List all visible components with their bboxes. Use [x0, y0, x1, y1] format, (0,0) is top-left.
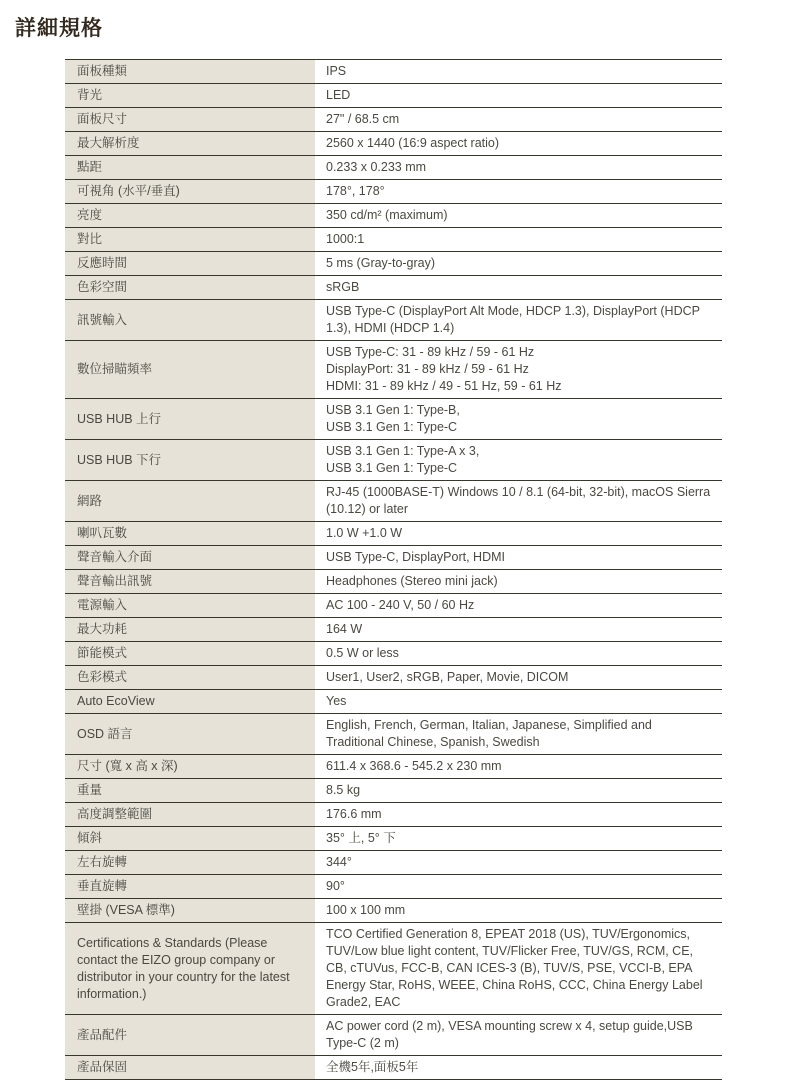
spec-row-tilt: 傾斜 35° 上, 5° 下 — [65, 827, 722, 851]
spec-value: User1, User2, sRGB, Paper, Movie, DICOM — [315, 666, 722, 690]
spec-label: OSD 語言 — [65, 714, 315, 755]
spec-value: LED — [315, 84, 722, 108]
spec-value: 1.0 W +1.0 W — [315, 522, 722, 546]
spec-row-viewing-angle: 可視角 (水平/垂直) 178°, 178° — [65, 180, 722, 204]
spec-label: 電源輸入 — [65, 594, 315, 618]
spec-row-audio-input: 聲音輸入介面 USB Type-C, DisplayPort, HDMI — [65, 546, 722, 570]
spec-value: 350 cd/m² (maximum) — [315, 204, 722, 228]
spec-row-usb-downstream: USB HUB 下行 USB 3.1 Gen 1: Type-A x 3, US… — [65, 440, 722, 481]
spec-value: AC 100 - 240 V, 50 / 60 Hz — [315, 594, 722, 618]
spec-value: USB Type-C: 31 - 89 kHz / 59 - 61 Hz Dis… — [315, 341, 722, 399]
spec-label: 反應時間 — [65, 252, 315, 276]
spec-label: 喇叭瓦數 — [65, 522, 315, 546]
spec-value: Yes — [315, 690, 722, 714]
spec-value: IPS — [315, 60, 722, 84]
spec-value: 35° 上, 5° 下 — [315, 827, 722, 851]
spec-row-osd-languages: OSD 語言 English, French, German, Italian,… — [65, 714, 722, 755]
spec-row-pivot: 垂直旋轉 90° — [65, 875, 722, 899]
spec-row-max-power: 最大功耗 164 W — [65, 618, 722, 642]
spec-label: 色彩空間 — [65, 276, 315, 300]
spec-label: 色彩模式 — [65, 666, 315, 690]
spec-row-dimensions: 尺寸 (寬 x 高 x 深) 611.4 x 368.6 - 545.2 x 2… — [65, 755, 722, 779]
spec-row-resolution: 最大解析度 2560 x 1440 (16:9 aspect ratio) — [65, 132, 722, 156]
spec-value: 164 W — [315, 618, 722, 642]
spec-value: USB 3.1 Gen 1: Type-B, USB 3.1 Gen 1: Ty… — [315, 399, 722, 440]
spec-row-auto-ecoview: Auto EcoView Yes — [65, 690, 722, 714]
spec-value: 100 x 100 mm — [315, 899, 722, 923]
spec-label: 亮度 — [65, 204, 315, 228]
spec-label: 背光 — [65, 84, 315, 108]
spec-label: Certifications & Standards (Please conta… — [65, 923, 315, 1015]
spec-value: USB 3.1 Gen 1: Type-A x 3, USB 3.1 Gen 1… — [315, 440, 722, 481]
spec-value: 0.5 W or less — [315, 642, 722, 666]
spec-value: 1000:1 — [315, 228, 722, 252]
spec-value: USB Type-C (DisplayPort Alt Mode, HDCP 1… — [315, 300, 722, 341]
spec-row-color-space: 色彩空間 sRGB — [65, 276, 722, 300]
spec-label: 壁掛 (VESA 標準) — [65, 899, 315, 923]
spec-row-color-modes: 色彩模式 User1, User2, sRGB, Paper, Movie, D… — [65, 666, 722, 690]
spec-label: 產品保固 — [65, 1056, 315, 1080]
spec-label: 節能模式 — [65, 642, 315, 666]
spec-page: 詳細規格 面板種類 IPS 背光 LED 面板尺寸 27" / 68.5 cm … — [0, 0, 794, 1080]
spec-row-swivel: 左右旋轉 344° — [65, 851, 722, 875]
spec-row-weight: 重量 8.5 kg — [65, 779, 722, 803]
spec-label: 訊號輸入 — [65, 300, 315, 341]
spec-row-brightness: 亮度 350 cd/m² (maximum) — [65, 204, 722, 228]
spec-label: 可視角 (水平/垂直) — [65, 180, 315, 204]
spec-value: 27" / 68.5 cm — [315, 108, 722, 132]
spec-label: USB HUB 上行 — [65, 399, 315, 440]
spec-value: English, French, German, Italian, Japane… — [315, 714, 722, 755]
spec-row-height-adjust: 高度調整範圍 176.6 mm — [65, 803, 722, 827]
spec-row-usb-upstream: USB HUB 上行 USB 3.1 Gen 1: Type-B, USB 3.… — [65, 399, 722, 440]
spec-value: 0.233 x 0.233 mm — [315, 156, 722, 180]
spec-label: 面板尺寸 — [65, 108, 315, 132]
spec-row-response-time: 反應時間 5 ms (Gray-to-gray) — [65, 252, 722, 276]
spec-value: 5 ms (Gray-to-gray) — [315, 252, 722, 276]
spec-label: 對比 — [65, 228, 315, 252]
spec-label: USB HUB 下行 — [65, 440, 315, 481]
spec-row-vesa-mount: 壁掛 (VESA 標準) 100 x 100 mm — [65, 899, 722, 923]
spec-value: sRGB — [315, 276, 722, 300]
spec-label: 面板種類 — [65, 60, 315, 84]
spec-value: AC power cord (2 m), VESA mounting screw… — [315, 1015, 722, 1056]
spec-value: 全機5年,面板5年 — [315, 1056, 722, 1080]
spec-row-panel-size: 面板尺寸 27" / 68.5 cm — [65, 108, 722, 132]
spec-table: 面板種類 IPS 背光 LED 面板尺寸 27" / 68.5 cm 最大解析度… — [65, 59, 722, 1080]
spec-row-contrast: 對比 1000:1 — [65, 228, 722, 252]
spec-row-pixel-pitch: 點距 0.233 x 0.233 mm — [65, 156, 722, 180]
spec-row-power-save: 節能模式 0.5 W or less — [65, 642, 722, 666]
spec-value: 2560 x 1440 (16:9 aspect ratio) — [315, 132, 722, 156]
spec-value: 90° — [315, 875, 722, 899]
spec-label: 尺寸 (寬 x 高 x 深) — [65, 755, 315, 779]
spec-value: 611.4 x 368.6 - 545.2 x 230 mm — [315, 755, 722, 779]
spec-label: 最大功耗 — [65, 618, 315, 642]
spec-row-audio-output: 聲音輸出訊號 Headphones (Stereo mini jack) — [65, 570, 722, 594]
spec-value: 344° — [315, 851, 722, 875]
spec-value: 176.6 mm — [315, 803, 722, 827]
spec-value: USB Type-C, DisplayPort, HDMI — [315, 546, 722, 570]
spec-value: RJ-45 (1000BASE-T) Windows 10 / 8.1 (64-… — [315, 481, 722, 522]
spec-row-scan-frequency: 數位掃瞄頻率 USB Type-C: 31 - 89 kHz / 59 - 61… — [65, 341, 722, 399]
spec-label: 高度調整範圍 — [65, 803, 315, 827]
spec-label: 聲音輸入介面 — [65, 546, 315, 570]
spec-label: 最大解析度 — [65, 132, 315, 156]
spec-label: 傾斜 — [65, 827, 315, 851]
spec-label: 垂直旋轉 — [65, 875, 315, 899]
spec-row-accessories: 產品配件 AC power cord (2 m), VESA mounting … — [65, 1015, 722, 1056]
spec-row-certifications: Certifications & Standards (Please conta… — [65, 923, 722, 1015]
spec-label: 產品配件 — [65, 1015, 315, 1056]
spec-row-signal-input: 訊號輸入 USB Type-C (DisplayPort Alt Mode, H… — [65, 300, 722, 341]
page-title: 詳細規格 — [0, 0, 794, 59]
spec-label: 網路 — [65, 481, 315, 522]
spec-value: 8.5 kg — [315, 779, 722, 803]
spec-value: 178°, 178° — [315, 180, 722, 204]
spec-row-power-input: 電源輸入 AC 100 - 240 V, 50 / 60 Hz — [65, 594, 722, 618]
spec-value: TCO Certified Generation 8, EPEAT 2018 (… — [315, 923, 722, 1015]
spec-row-panel-type: 面板種類 IPS — [65, 60, 722, 84]
spec-row-speaker-wattage: 喇叭瓦數 1.0 W +1.0 W — [65, 522, 722, 546]
spec-label: 點距 — [65, 156, 315, 180]
spec-label: 重量 — [65, 779, 315, 803]
spec-row-backlight: 背光 LED — [65, 84, 722, 108]
spec-label: 聲音輸出訊號 — [65, 570, 315, 594]
spec-row-network: 網路 RJ-45 (1000BASE-T) Windows 10 / 8.1 (… — [65, 481, 722, 522]
spec-label: 左右旋轉 — [65, 851, 315, 875]
spec-value: Headphones (Stereo mini jack) — [315, 570, 722, 594]
spec-label: Auto EcoView — [65, 690, 315, 714]
spec-label: 數位掃瞄頻率 — [65, 341, 315, 399]
